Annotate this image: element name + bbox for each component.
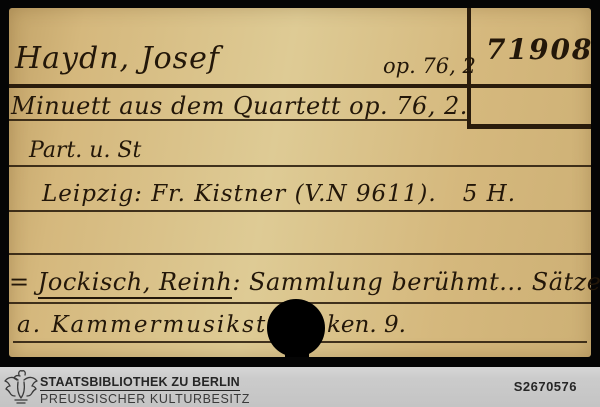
reference-prefix: = [9,268,38,296]
price-text: 5 H. [463,181,516,207]
institution-name: STAATSBIBLIOTHEK ZU BERLIN [40,375,240,391]
catalog-card: Haydn, Josef op. 76, 2 71908 Minuett aus… [9,8,591,357]
shelfmark-number: 71908 [486,36,593,64]
reference-name: Jockisch, Reinh [38,268,233,299]
publisher-text: Leipzig: Fr. Kistner (V.N 9611). [42,181,437,207]
punch-hole [267,299,325,357]
title-line: Minuett aus dem Quartett op. 76, 2. [11,94,468,118]
ruled-line-format [9,165,591,167]
footer-text-block: STAATSBIBLIOTHEK ZU BERLIN PREUSSISCHER … [40,373,250,406]
publisher-line: Leipzig: Fr. Kistner (V.N 9611).5 H. [42,183,516,206]
institution-subtitle: PREUSSISCHER KULTURBESITZ [40,392,250,406]
ruled-line-header [9,84,591,88]
prussian-eagle-icon [4,369,38,405]
format-line: Part. u. St [29,140,141,162]
ruled-line-publisher [9,210,591,212]
reference-continuation-right: ken. 9. [327,314,406,337]
library-footer-bar: STAATSBIBLIOTHEK ZU BERLIN PREUSSISCHER … [0,367,600,407]
reference-text: : Sammlung berühmt... Sätze [232,268,600,296]
opus-number: op. 76, 2 [383,56,476,77]
image-id: S2670576 [514,379,577,394]
reference-continuation-left: a. Kammermusikstük [17,314,300,337]
shelfmark-box-bottom-line [467,124,591,129]
author-name: Haydn, Josef [15,44,220,74]
reference-line: = Jockisch, Reinh: Sammlung berühmt... S… [9,270,600,294]
ruled-line-separator [9,253,591,255]
